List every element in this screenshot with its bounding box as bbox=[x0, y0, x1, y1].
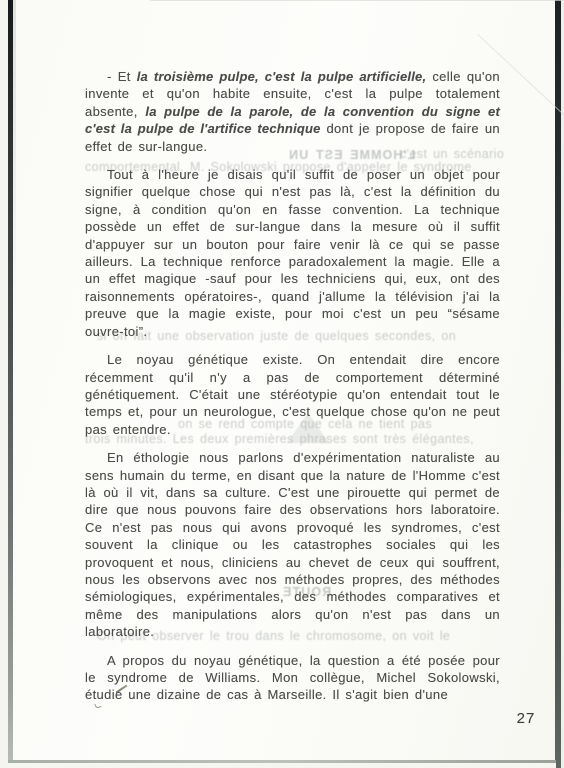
paragraph-text: En éthologie nous parlons d'expérimentat… bbox=[85, 450, 500, 639]
paragraph-4: En éthologie nous parlons d'expérimentat… bbox=[85, 449, 500, 640]
scan-left-margin bbox=[0, 0, 8, 768]
paragraph-text: A propos du noyau génétique, la question… bbox=[85, 653, 500, 703]
paragraph-3: Le noyau génétique existe. On entendait … bbox=[85, 351, 500, 438]
paragraph-2: Tout à l'heure je disais qu'il suffit de… bbox=[85, 166, 500, 340]
paragraph-1: - Et la troisième pulpe, c'est la pulpe … bbox=[85, 68, 500, 155]
paragraph-text: - Et bbox=[107, 69, 137, 84]
scan-bottom-margin bbox=[8, 763, 556, 768]
paragraph-5: A propos du noyau génétique, la question… bbox=[85, 652, 500, 704]
scanned-book-page: L'HOMME EST UN c'est un scénario comport… bbox=[0, 0, 564, 768]
body-text: - Et la troisième pulpe, c'est la pulpe … bbox=[85, 68, 500, 715]
page-number: 27 bbox=[505, 710, 547, 727]
paragraph-text: Tout à l'heure je disais qu'il suffit de… bbox=[85, 167, 500, 339]
book-spine-highlight bbox=[13, 0, 16, 768]
emphasis-text: la troisième pulpe, c'est la pulpe artif… bbox=[137, 69, 427, 84]
page-top-edge-line bbox=[150, 0, 564, 1]
paragraph-text: Le noyau génétique existe. On entendait … bbox=[85, 352, 500, 437]
